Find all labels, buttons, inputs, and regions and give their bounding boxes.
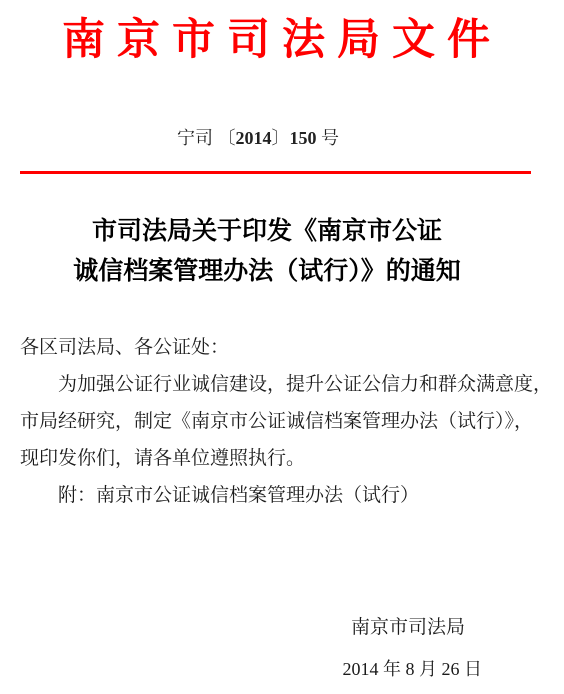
salutation-line: 各区司法局、各公证处： bbox=[20, 329, 554, 366]
document-title-line1: 市司法局关于印发《南京市公证 bbox=[0, 211, 534, 251]
body-line: 现印发你们，请各单位遵照执行。 bbox=[20, 440, 554, 477]
document-title: 市司法局关于印发《南京市公证 诚信档案管理办法（试行）》的通知 bbox=[0, 211, 564, 291]
doc-number-close-bracket: 〕 bbox=[272, 128, 290, 148]
doc-number-prefix: 宁司 bbox=[177, 128, 218, 148]
body-line: 为加强公证行业诚信建设，提升公证公信力和群众满意度， bbox=[20, 366, 554, 403]
letterhead-title: 南京市司法局文件 bbox=[0, 6, 564, 67]
attachment-line: 附：南京市公证诚信档案管理办法（试行） bbox=[20, 477, 554, 514]
body-line: 市局经研究，制定《南京市公证诚信档案管理办法（试行）》， bbox=[20, 403, 554, 440]
doc-number-year: 2014 bbox=[236, 128, 272, 148]
signature-block: 南京市司法局 2014 年 8 月 26 日 bbox=[0, 612, 564, 681]
document-title-line2: 诚信档案管理办法（试行）》的通知 bbox=[0, 251, 534, 291]
issuing-organization: 南京市司法局 bbox=[0, 612, 564, 639]
document-number: 宁司 〔2014〕150 号 bbox=[0, 124, 564, 150]
doc-number-suffix: 号 bbox=[317, 128, 340, 148]
doc-number-open-bracket: 〔 bbox=[218, 128, 236, 148]
doc-number-serial: 150 bbox=[290, 128, 317, 148]
header-divider-rule bbox=[20, 171, 531, 174]
document-body: 各区司法局、各公证处： 为加强公证行业诚信建设，提升公证公信力和群众满意度， 市… bbox=[20, 329, 554, 514]
document-page: 南京市司法局文件 宁司 〔2014〕150 号 市司法局关于印发《南京市公证 诚… bbox=[0, 0, 564, 694]
issue-date: 2014 年 8 月 26 日 bbox=[0, 655, 564, 681]
